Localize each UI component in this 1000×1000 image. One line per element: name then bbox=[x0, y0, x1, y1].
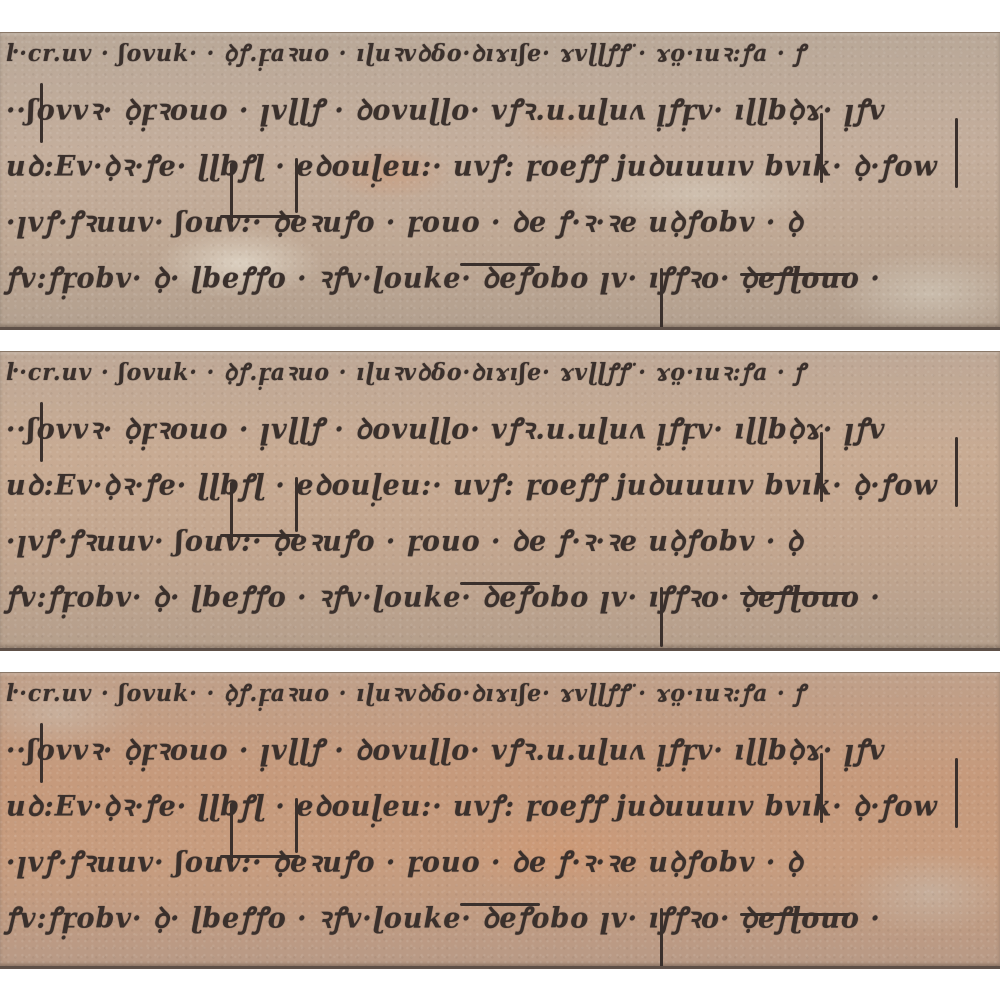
script-line: ŀ·cr.uv · ʃovuk· · ꝺ̣ꝭ.ꝼ̣aꝛuo · ıɭuꝛvꝺẟo… bbox=[6, 357, 1000, 403]
script-stroke bbox=[230, 803, 233, 863]
script-stroke bbox=[295, 477, 298, 532]
script-stroke bbox=[820, 432, 823, 502]
script-stroke bbox=[295, 798, 298, 853]
script-stroke bbox=[460, 582, 540, 585]
tile-bottom: ŀ·cr.uv · ʃovuk· · ꝺ̣ꝭ.ꝼ̣aꝛuo · ıɭuꝛvꝺẟo… bbox=[0, 672, 1000, 969]
script-stroke bbox=[820, 753, 823, 823]
script-line: ··ʃovvꝛ· ꝺ̣ꝼ̣ꝛouo · ꞁ̣vɭɭꝭ · ꝺovuɭɭo· vꝭ… bbox=[6, 82, 1000, 141]
script-line: ·ꞁvꝭ·ꝭꝛuuv· ʃouv:· ꝺ̣eꝛuꝭo · ꝼouo · ꝺe ꝭ… bbox=[6, 834, 1000, 893]
script-stroke bbox=[660, 268, 663, 328]
script-stroke bbox=[295, 158, 298, 213]
script-line: ꝭv:ꝭꝼ̣obv· ꝺ̣· ɭbeꝭꝭo · ꝛꝭv·ɭouke· ꝺeꝭob… bbox=[6, 890, 1000, 949]
tile-middle: ŀ·cr.uv · ʃovuk· · ꝺ̣ꝭ.ꝼ̣aꝛuo · ıɭuꝛvꝺẟo… bbox=[0, 351, 1000, 651]
script-stroke bbox=[660, 587, 663, 647]
script-line: ꝭv:ꝭꝼ̣obv· ꝺ̣· ɭbeꝭꝭo · ꝛꝭv·ɭouke· ꝺeꝭob… bbox=[6, 569, 1000, 628]
script-line: ·ꞁvꝭ·ꝭꝛuuv· ʃouv:· ꝺ̣eꝛuꝭo · ꝼouo · ꝺe ꝭ… bbox=[6, 513, 1000, 572]
script-stroke bbox=[955, 437, 958, 507]
script-line: ꝭv:ꝭꝼ̣obv· ꝺ̣· ɭbeꝭꝭo · ꝛꝭv·ɭouke· ꝺeꝭob… bbox=[6, 250, 1000, 309]
script-line: ··ʃovvꝛ· ꝺ̣ꝼ̣ꝛouo · ꞁ̣vɭɭꝭ · ꝺovuɭɭo· vꝭ… bbox=[6, 722, 1000, 781]
script-stroke bbox=[740, 273, 850, 276]
script-line: uꝺ:Ev·ꝺ̣ꝛ·ꝭe· ɭɭbꝭɭ · eꝺouɭ̣eu:· uvꝭ: ꝼo… bbox=[6, 457, 1000, 516]
calligraphy-pattern: ŀ·cr.uv · ʃovuk· · ꝺ̣ꝭ.ꝼ̣aꝛuo · ıɭuꝛvꝺẟo… bbox=[6, 679, 1000, 947]
script-stroke bbox=[40, 83, 43, 143]
script-stroke bbox=[220, 215, 300, 218]
calligraphy-pattern: ŀ·cr.uv · ʃovuk· · ꝺ̣ꝭ.ꝼ̣aꝛuo · ıɭuꝛvꝺẟo… bbox=[6, 358, 1000, 626]
script-stroke bbox=[955, 118, 958, 188]
script-stroke bbox=[40, 723, 43, 783]
tile-top: ŀ·cr.uv · ʃovuk· · ꝺ̣ꝭ.ꝼ̣aꝛuo · ıɭuꝛvꝺẟo… bbox=[0, 32, 1000, 330]
script-line: ·ꞁvꝭ·ꝭꝛuuv· ʃouv:· ꝺ̣eꝛuꝭo · ꝼouo · ꝺe ꝭ… bbox=[6, 194, 1000, 253]
script-stroke bbox=[460, 903, 540, 906]
calligraphy-pattern: ŀ·cr.uv · ʃovuk· · ꝺ̣ꝭ.ꝼ̣aꝛuo · ıɭuꝛvꝺẟo… bbox=[6, 39, 1000, 307]
script-stroke bbox=[230, 482, 233, 542]
script-stroke bbox=[955, 758, 958, 828]
script-line: uꝺ:Ev·ꝺ̣ꝛ·ꝭe· ɭɭbꝭɭ · eꝺouɭ̣eu:· uvꝭ: ꝼo… bbox=[6, 138, 1000, 197]
script-stroke bbox=[460, 263, 540, 266]
script-line: ŀ·cr.uv · ʃovuk· · ꝺ̣ꝭ.ꝼ̣aꝛuo · ıɭuꝛvꝺẟo… bbox=[6, 678, 1000, 724]
script-line: ··ʃovvꝛ· ꝺ̣ꝼ̣ꝛouo · ꞁ̣vɭɭꝭ · ꝺovuɭɭo· vꝭ… bbox=[6, 401, 1000, 460]
script-stroke bbox=[230, 163, 233, 223]
script-stroke bbox=[40, 402, 43, 462]
script-stroke bbox=[220, 534, 300, 537]
script-stroke bbox=[740, 592, 850, 595]
script-line: ŀ·cr.uv · ʃovuk· · ꝺ̣ꝭ.ꝼ̣aꝛuo · ıɭuꝛvꝺẟo… bbox=[6, 38, 1000, 84]
script-line: uꝺ:Ev·ꝺ̣ꝛ·ꝭe· ɭɭbꝭɭ · eꝺouɭ̣eu:· uvꝭ: ꝼo… bbox=[6, 778, 1000, 837]
script-stroke bbox=[820, 113, 823, 183]
script-stroke bbox=[660, 908, 663, 968]
script-stroke bbox=[220, 855, 300, 858]
script-stroke bbox=[740, 913, 850, 916]
